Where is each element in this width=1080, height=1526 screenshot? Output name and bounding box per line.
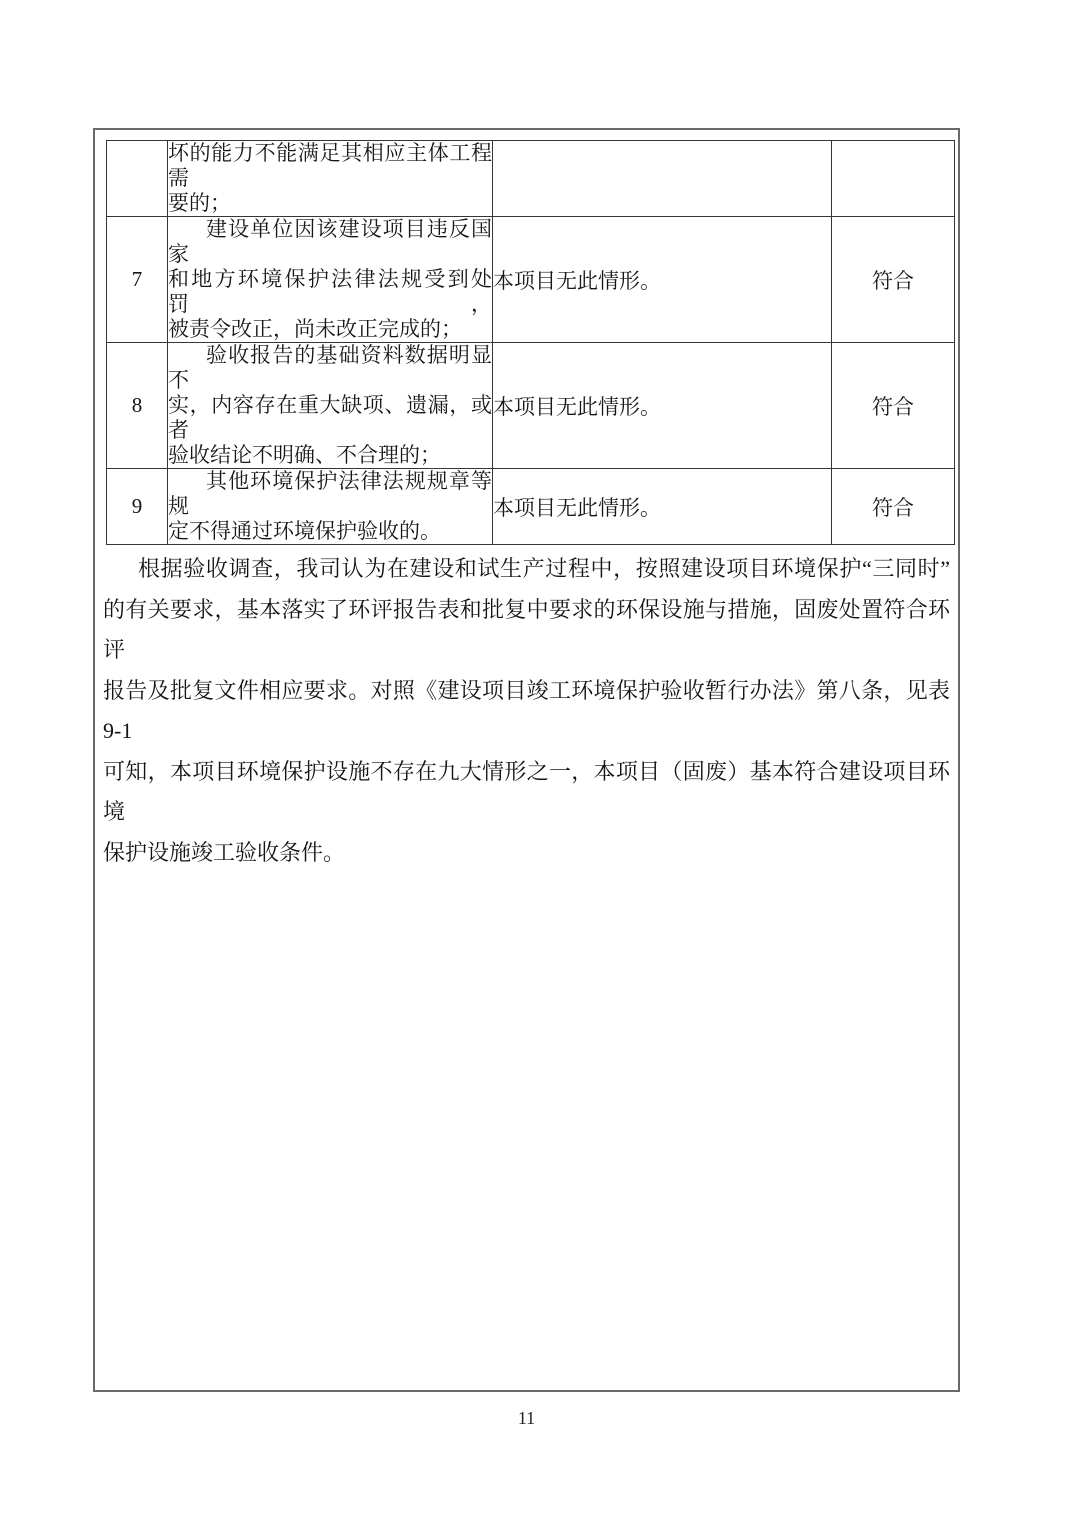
conclusion-cell: 符合: [832, 217, 955, 343]
conclusion-cell: [832, 141, 955, 217]
document-page: 坏的能力不能满足其相应主体工程需 要的； 7 建设单位因该建设项目违反国家 和地…: [0, 0, 1080, 1526]
paragraph-line: 报告及批复文件相应要求。对照《建设项目竣工环境保护验收暂行办法》第八条，见表 9…: [103, 671, 950, 752]
situation-cell: 本项目无此情形。: [493, 469, 832, 545]
condition-line: 要的；: [168, 191, 492, 216]
row-number-cell: [107, 141, 168, 217]
paragraph-line: 根据验收调查，我司认为在建设和试生产过程中，按照建设项目环境保护“三同时”: [103, 549, 950, 590]
condition-line: 定不得通过环境保护验收的。: [168, 519, 492, 544]
condition-line: 被责令改正，尚未改正完成的；: [168, 317, 492, 342]
table-row-continuation: 坏的能力不能满足其相应主体工程需 要的；: [107, 141, 955, 217]
condition-line: 其他环境保护法律法规规章等规: [168, 469, 492, 519]
row-number-cell: 7: [107, 217, 168, 343]
conclusion-cell: 符合: [832, 343, 955, 469]
situation-cell: [493, 141, 832, 217]
conclusion-cell: 符合: [832, 469, 955, 545]
condition-line: 和地方环境保护法律法规受到处罚，: [168, 267, 492, 317]
condition-line: 验收结论不明确、不合理的；: [168, 443, 492, 468]
condition-line: 坏的能力不能满足其相应主体工程需: [168, 141, 492, 191]
condition-cell: 其他环境保护法律法规规章等规 定不得通过环境保护验收的。: [168, 469, 493, 545]
page-number: 11: [93, 1408, 960, 1429]
acceptance-conditions-table: 坏的能力不能满足其相应主体工程需 要的； 7 建设单位因该建设项目违反国家 和地…: [106, 140, 955, 545]
condition-cell: 验收报告的基础资料数据明显不 实，内容存在重大缺项、遗漏，或者 验收结论不明确、…: [168, 343, 493, 469]
condition-cell: 坏的能力不能满足其相应主体工程需 要的；: [168, 141, 493, 217]
condition-line: 验收报告的基础资料数据明显不: [168, 343, 492, 393]
conclusion-paragraph: 根据验收调查，我司认为在建设和试生产过程中，按照建设项目环境保护“三同时” 的有…: [103, 549, 950, 873]
paragraph-line: 的有关要求，基本落实了环评报告表和批复中要求的环保设施与措施，固废处置符合环评: [103, 590, 950, 671]
situation-cell: 本项目无此情形。: [493, 343, 832, 469]
paragraph-line: 可知，本项目环境保护设施不存在九大情形之一，本项目（固废）基本符合建设项目环境: [103, 752, 950, 833]
paragraph-line: 保护设施竣工验收条件。: [103, 833, 950, 874]
table-row-7: 7 建设单位因该建设项目违反国家 和地方环境保护法律法规受到处罚， 被责令改正，…: [107, 217, 955, 343]
situation-cell: 本项目无此情形。: [493, 217, 832, 343]
table-row-9: 9 其他环境保护法律法规规章等规 定不得通过环境保护验收的。 本项目无此情形。 …: [107, 469, 955, 545]
condition-line: 建设单位因该建设项目违反国家: [168, 217, 492, 267]
condition-cell: 建设单位因该建设项目违反国家 和地方环境保护法律法规受到处罚， 被责令改正，尚未…: [168, 217, 493, 343]
page-border-frame: 坏的能力不能满足其相应主体工程需 要的； 7 建设单位因该建设项目违反国家 和地…: [93, 128, 960, 1392]
row-number-cell: 8: [107, 343, 168, 469]
condition-line: 实，内容存在重大缺项、遗漏，或者: [168, 393, 492, 443]
table-row-8: 8 验收报告的基础资料数据明显不 实，内容存在重大缺项、遗漏，或者 验收结论不明…: [107, 343, 955, 469]
row-number-cell: 9: [107, 469, 168, 545]
